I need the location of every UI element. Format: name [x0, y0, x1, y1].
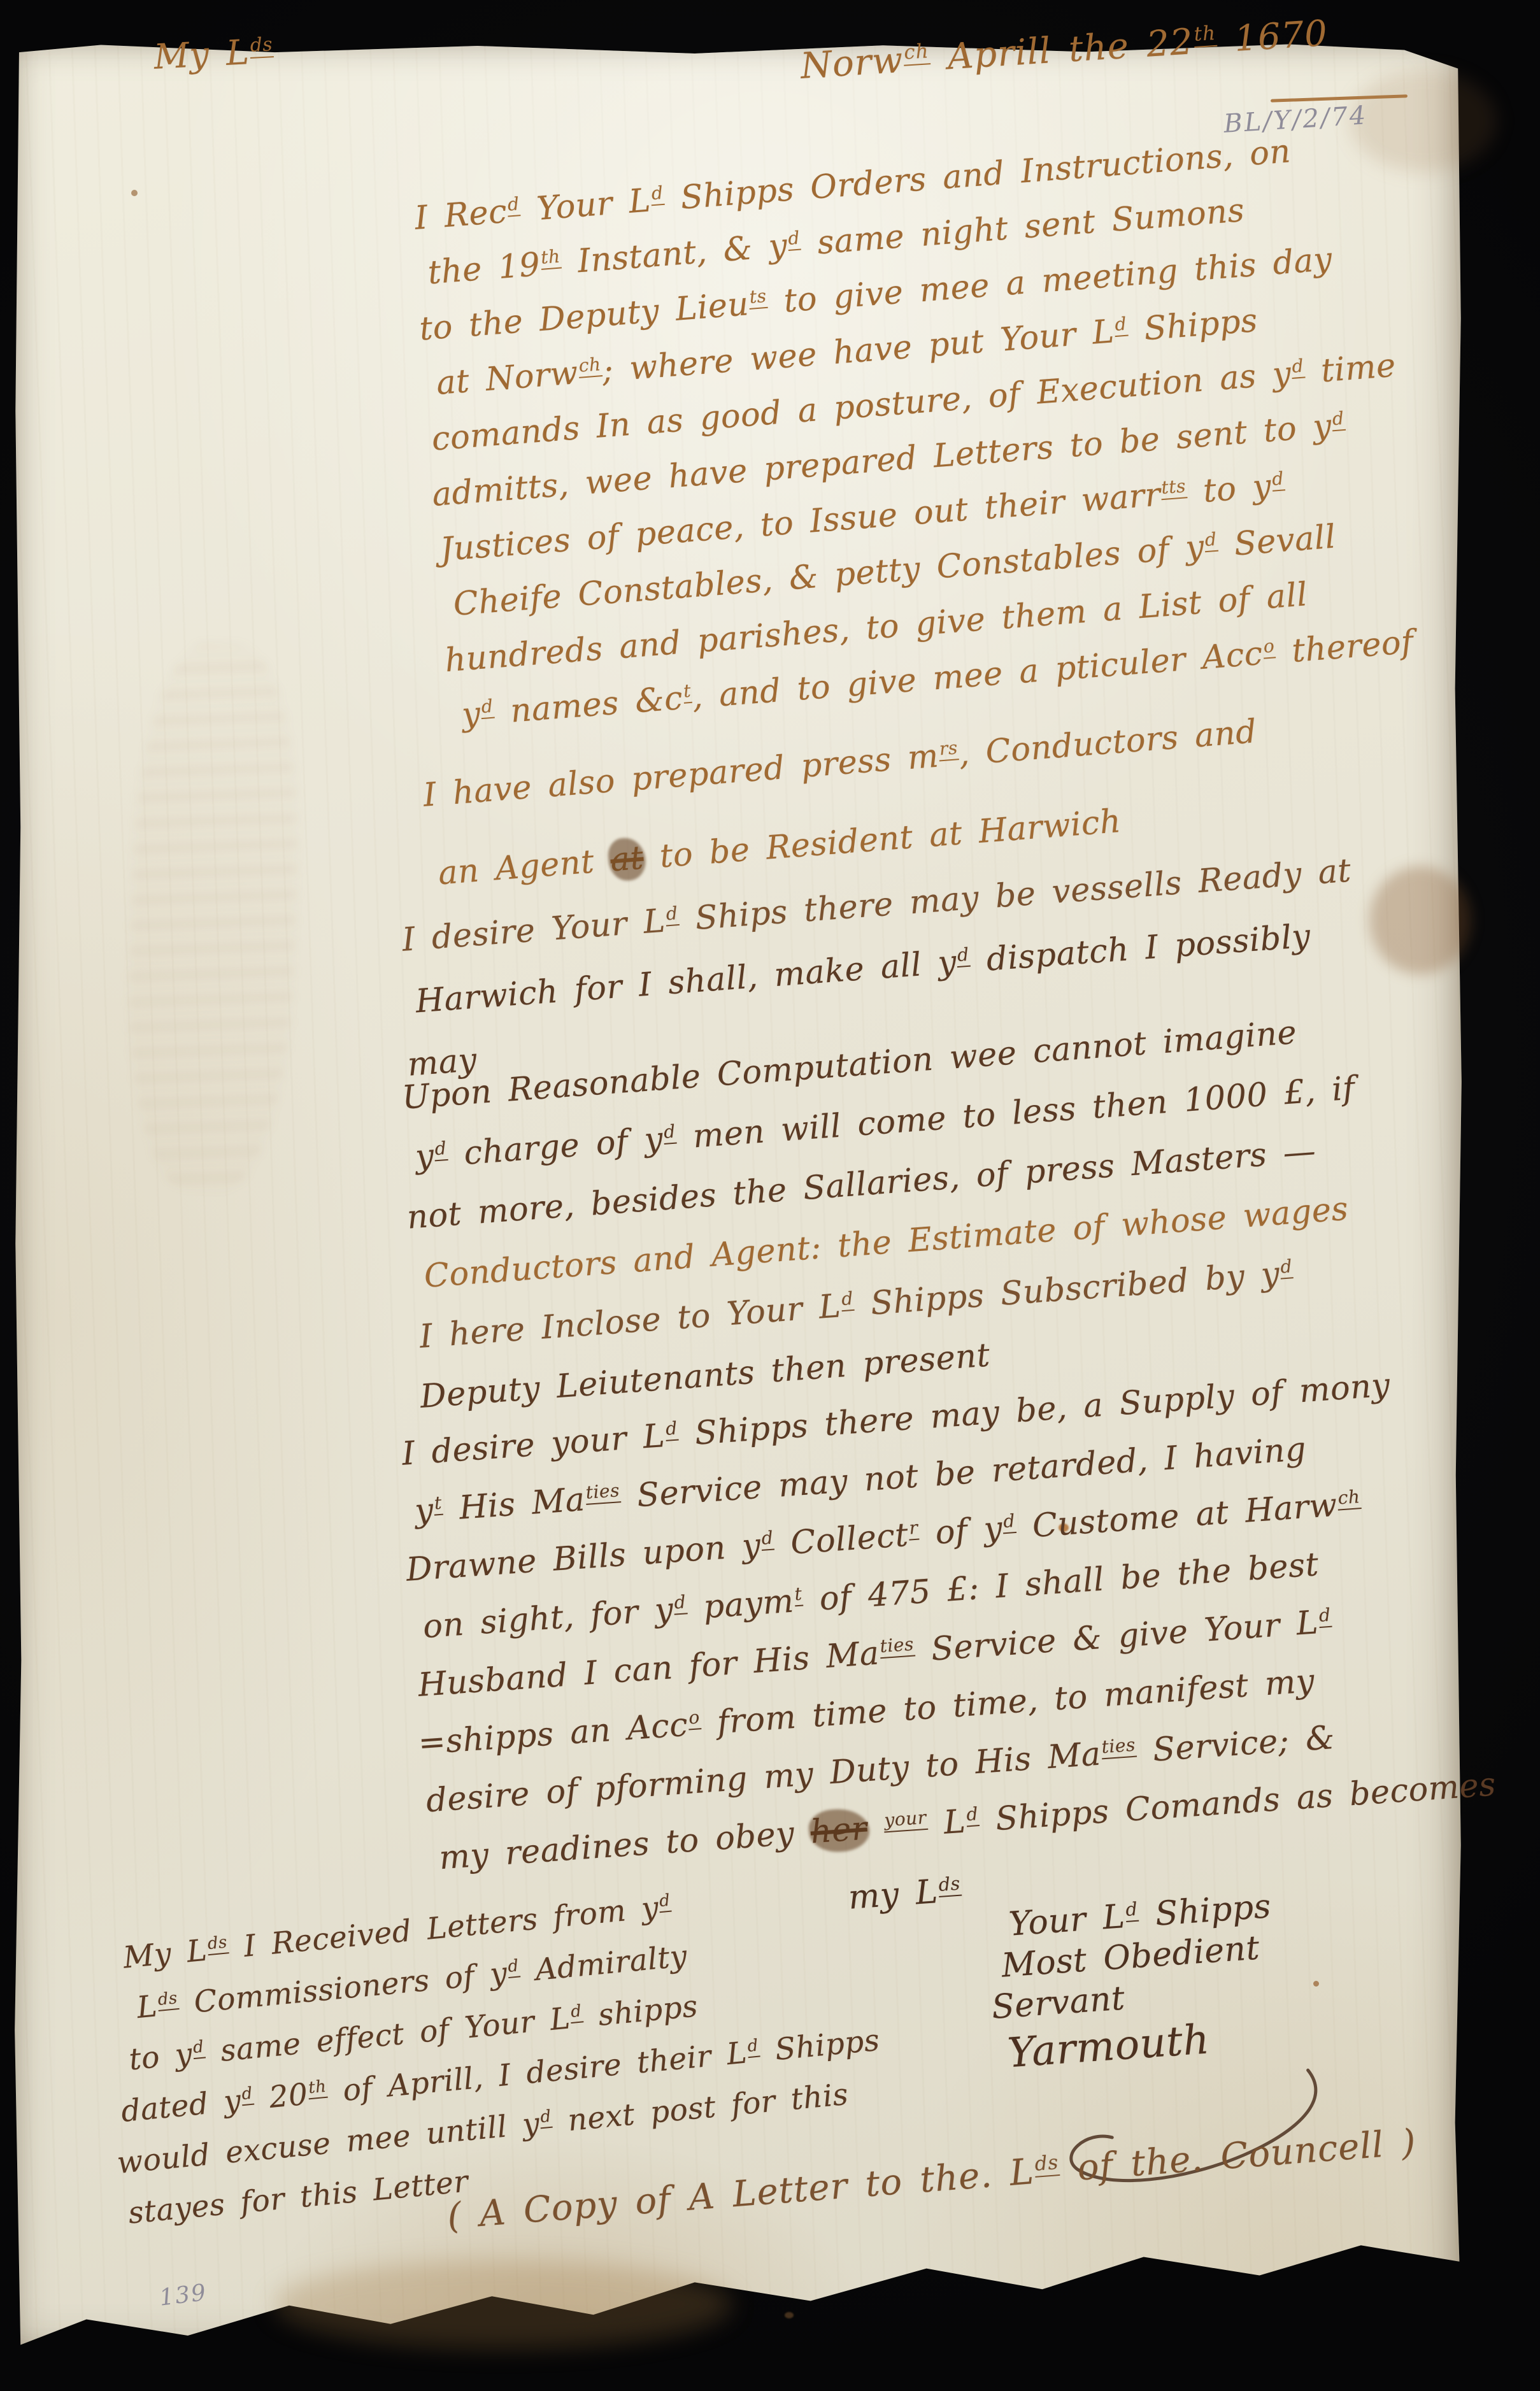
valediction-block: Your Ld Shipps Most Obedient Servant Yar…	[988, 1886, 1281, 2074]
photograph-background: My Lds Norwch Aprill the 22th 1670 BL/Y/…	[0, 0, 1540, 2391]
stain	[274, 2260, 732, 2349]
ink-speck	[785, 2312, 794, 2318]
ink-speck	[131, 190, 138, 196]
salutation: My Lds	[153, 31, 274, 77]
paragraph-5: I desire your Ld Shipps there may be, a …	[400, 1351, 1498, 1888]
paragraph-1: I Recd Your Ld Shipps Orders and Instruc…	[413, 117, 1419, 744]
ink-speck	[1313, 1981, 1319, 1987]
stain	[1369, 866, 1471, 974]
paragraph-4: Upon Reasonable Computation wee cannot i…	[400, 999, 1374, 1427]
